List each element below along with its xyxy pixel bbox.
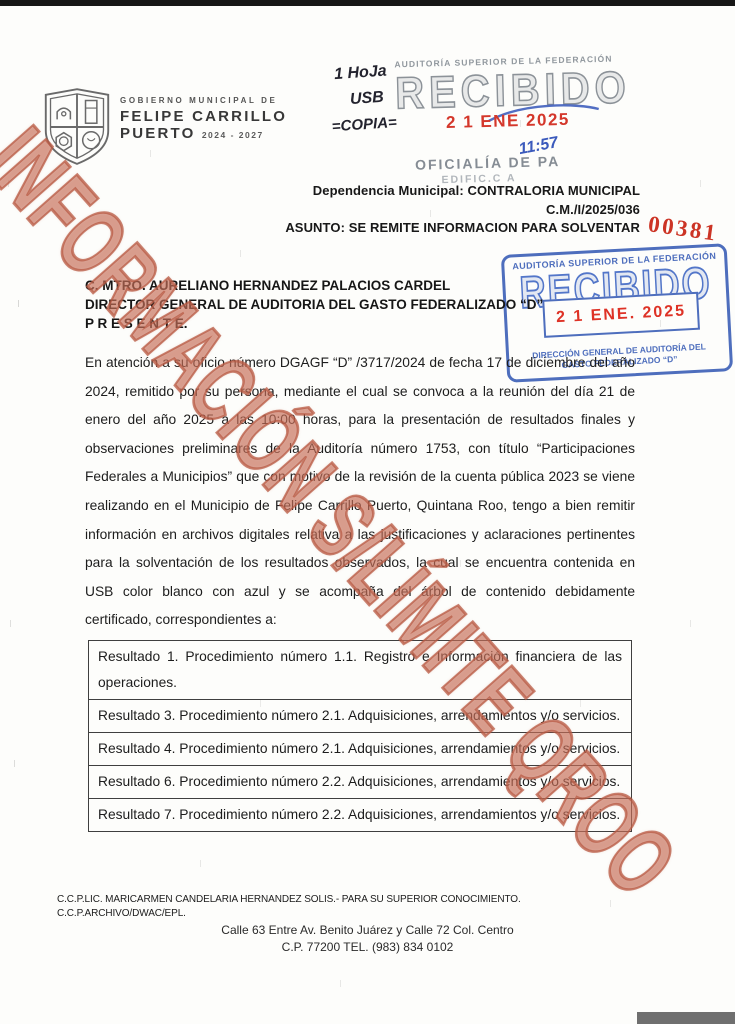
table-row: Resultado 3. Procedimiento número 2.1. A…	[89, 699, 631, 732]
stamp-date: 2 1 ENE. 2025	[556, 302, 687, 327]
address-line-2: C.P. 77200 TEL. (983) 834 0102	[0, 939, 735, 956]
dependency-line: Dependencia Municipal: CONTRALORIA MUNIC…	[280, 182, 640, 201]
municipal-logo: GOBIERNO MUNICIPAL DE FELIPE CARRILLO PU…	[42, 86, 287, 168]
table-row: Resultado 1. Procedimiento número 1.1. R…	[89, 641, 631, 699]
handwritten-copy-note: =COPIA=	[331, 110, 398, 140]
stamp-office-line: OFICIALÍA DE PA	[415, 153, 560, 173]
file-number-line: C.M./I/2025/036	[280, 201, 640, 220]
municipal-crest-icon	[42, 86, 112, 168]
ccp-line-1: C.C.P.LIC. MARICARMEN CANDELARIA HERNAND…	[57, 893, 521, 907]
scanned-letter-page: GOBIERNO MUNICIPAL DE FELIPE CARRILLO PU…	[0, 0, 735, 1024]
logo-text: GOBIERNO MUNICIPAL DE FELIPE CARRILLO PU…	[120, 86, 287, 142]
scan-noise	[0, 0, 1, 7]
handwritten-sheet-count: 1 HoJa	[333, 58, 394, 88]
logo-term-years: 2024 - 2027	[202, 130, 264, 140]
logo-line-city: PUERTO 2024 - 2027	[120, 125, 287, 142]
stamp-date-box: 2 1 ENE. 2025	[542, 292, 700, 338]
recipient-present: P R E S E N T E.	[85, 314, 543, 333]
handwritten-usb-note: USB	[349, 84, 396, 113]
table-row: Resultado 7. Procedimiento número 2.2. A…	[89, 798, 631, 831]
subject-line: ASUNTO: SE REMITE INFORMACION PARA SOLVE…	[280, 219, 640, 238]
stamp-date: 2 1 ENE 2025	[446, 110, 570, 133]
results-table: Resultado 1. Procedimiento número 1.1. R…	[88, 640, 632, 832]
ccp-block: C.C.P.LIC. MARICARMEN CANDELARIA HERNAND…	[57, 893, 521, 920]
table-row: Resultado 6. Procedimiento número 2.2. A…	[89, 765, 631, 798]
address-line-1: Calle 63 Entre Av. Benito Juárez y Calle…	[0, 922, 735, 939]
ccp-line-2: C.C.P.ARCHIVO/DWAC/EPL.	[57, 907, 521, 921]
letter-header-block: Dependencia Municipal: CONTRALORIA MUNIC…	[280, 182, 640, 238]
scan-edge-bar	[0, 0, 735, 6]
reception-stamp-oficialia: AUDITORÍA SUPERIOR DE LA FEDERACIÓN RECI…	[394, 53, 649, 190]
logo-line-municipality: FELIPE CARRILLO	[120, 108, 287, 125]
handwritten-annotations: 1 HoJa USB =COPIA=	[333, 58, 397, 140]
folio-number-stamp: 00381	[647, 211, 720, 246]
recipient-block: C. MTRO. AURELIANO HERNANDEZ PALACIOS CA…	[85, 276, 543, 333]
recipient-title: DIRECTOR GENERAL DE AUDITORIA DEL GASTO …	[85, 295, 543, 314]
table-row: Resultado 4. Procedimiento número 2.1. A…	[89, 732, 631, 765]
address-block: Calle 63 Entre Av. Benito Juárez y Calle…	[0, 922, 735, 955]
scan-corner-artifact	[637, 1012, 735, 1024]
recipient-name: C. MTRO. AURELIANO HERNANDEZ PALACIOS CA…	[85, 276, 543, 295]
logo-line-government: GOBIERNO MUNICIPAL DE	[120, 96, 287, 105]
letter-body-paragraph: En atención a su oficio número DGAGF “D”…	[85, 349, 635, 635]
